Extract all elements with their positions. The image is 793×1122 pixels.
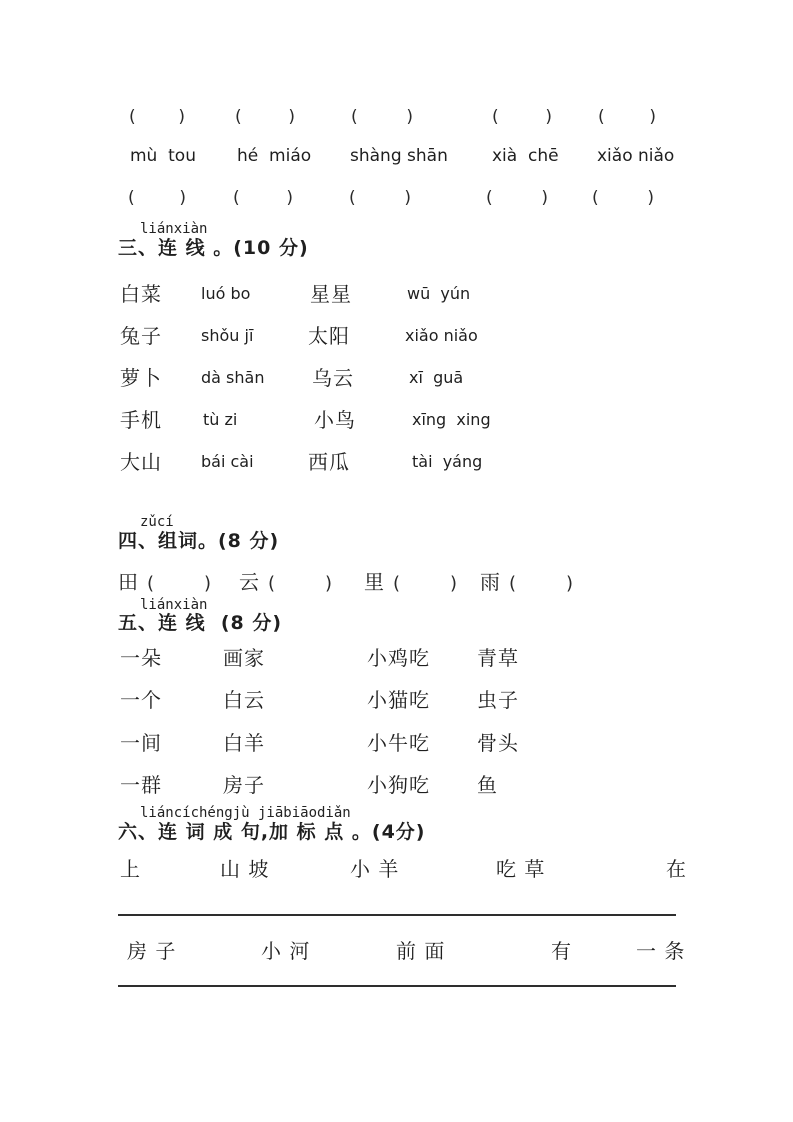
match-food: 青草: [477, 647, 519, 670]
open-paren: (: [486, 188, 493, 208]
close-paren: ): [325, 573, 332, 594]
match-pinyin: tài yáng: [412, 453, 482, 471]
match-noun: 画家: [223, 647, 265, 670]
close-paren: ): [288, 107, 295, 127]
section-title: 六、连 词 成 句,加 标 点 。(4分): [118, 822, 426, 844]
word-card: 有: [551, 940, 572, 963]
match-pinyin: xī guā: [409, 369, 463, 387]
match-pinyin: xiǎo niǎo: [405, 327, 478, 345]
word-card: 山 坡: [220, 858, 269, 881]
match-pinyin: dà shān: [201, 369, 264, 387]
word-blank-group: 田 (): [118, 566, 211, 595]
word-hanzi: 田: [118, 566, 139, 595]
match-measure-word: 一群: [120, 774, 162, 797]
word-blank-group: 云 (): [239, 566, 332, 595]
word-hanzi: 雨: [480, 566, 501, 595]
answer-parens: (): [351, 107, 413, 127]
close-paren: ): [566, 573, 573, 594]
match-measure-word: 一个: [120, 689, 162, 712]
section-ruby-pinyin: liáncíchéngjù jiābiāodiǎn: [140, 805, 351, 821]
open-paren: (: [268, 573, 275, 594]
word-hanzi: 里: [364, 566, 385, 595]
match-noun: 白羊: [223, 732, 265, 755]
open-paren: (: [492, 107, 499, 127]
word-card: 在: [666, 858, 687, 881]
open-paren: (: [598, 107, 605, 127]
match-hanzi: 星星: [310, 283, 352, 306]
pinyin-word: mù tou: [130, 147, 196, 167]
close-paren: ): [406, 107, 413, 127]
word-card: 房 子: [127, 940, 176, 963]
pinyin-word: hé miáo: [237, 147, 311, 167]
match-pinyin: tù zi: [203, 411, 237, 429]
pinyin-word: shàng shān: [350, 147, 448, 167]
match-measure-word: 一间: [120, 732, 162, 755]
match-hanzi: 小鸟: [314, 409, 356, 432]
answer-parens: (): [128, 188, 186, 208]
open-paren: (: [509, 573, 516, 594]
open-paren: (: [128, 188, 135, 208]
match-measure-word: 一朵: [120, 647, 162, 670]
open-paren: (: [147, 573, 154, 594]
section-ruby-pinyin: zǔcí: [140, 514, 174, 530]
match-hanzi: 大山: [120, 451, 162, 474]
answer-parens: (): [147, 573, 211, 594]
open-paren: (: [235, 107, 242, 127]
open-paren: (: [592, 188, 599, 208]
match-subject: 小牛吃: [367, 732, 430, 755]
match-pinyin: bái cài: [201, 453, 254, 471]
match-hanzi: 乌云: [312, 367, 354, 390]
match-noun: 房子: [223, 774, 265, 797]
answer-parens: (): [592, 188, 654, 208]
answer-parens: (): [129, 107, 185, 127]
word-card: 上: [120, 858, 141, 881]
match-noun: 白云: [223, 689, 265, 712]
word-card: 一 条: [636, 940, 685, 963]
answer-parens: (): [598, 107, 656, 127]
pinyin-word: xiǎo niǎo: [597, 147, 674, 167]
close-paren: ): [179, 188, 186, 208]
match-food: 骨头: [477, 732, 519, 755]
close-paren: ): [545, 107, 552, 127]
close-paren: ): [178, 107, 185, 127]
answer-parens: (): [235, 107, 295, 127]
match-subject: 小狗吃: [367, 774, 430, 797]
open-paren: (: [393, 573, 400, 594]
answer-parens: (): [509, 573, 573, 594]
word-card: 前 面: [396, 940, 445, 963]
section-title: 四、组词。(8 分): [118, 531, 279, 553]
close-paren: ): [404, 188, 411, 208]
word-card: 小 羊: [350, 858, 399, 881]
close-paren: ): [286, 188, 293, 208]
word-hanzi: 云: [239, 566, 260, 595]
match-hanzi: 太阳: [308, 325, 350, 348]
open-paren: (: [233, 188, 240, 208]
match-pinyin: shǒu jī: [201, 327, 253, 345]
close-paren: ): [647, 188, 654, 208]
section-title: 五、连 线 (8 分): [118, 613, 282, 635]
match-pinyin: luó bo: [201, 285, 250, 303]
section-title: 三、连 线 。(10 分): [118, 238, 309, 260]
answer-parens: (): [349, 188, 411, 208]
word-card: 吃 草: [496, 858, 545, 881]
close-paren: ): [450, 573, 457, 594]
match-subject: 小鸡吃: [367, 647, 430, 670]
match-hanzi: 西瓜: [308, 451, 350, 474]
match-pinyin: wū yún: [407, 285, 470, 303]
open-paren: (: [349, 188, 356, 208]
match-hanzi: 白菜: [120, 283, 162, 306]
close-paren: ): [204, 573, 211, 594]
answer-parens: (): [268, 573, 332, 594]
match-hanzi: 萝卜: [120, 367, 162, 390]
answer-parens: (): [492, 107, 552, 127]
match-hanzi: 兔子: [120, 325, 162, 348]
match-hanzi: 手机: [120, 409, 162, 432]
match-subject: 小猫吃: [367, 689, 430, 712]
open-paren: (: [351, 107, 358, 127]
open-paren: (: [129, 107, 136, 127]
word-card: 小 河: [261, 940, 310, 963]
answer-line: [118, 914, 676, 916]
match-pinyin: xīng xing: [412, 411, 491, 429]
pinyin-word: xià chē: [492, 147, 559, 167]
match-food: 虫子: [477, 689, 519, 712]
answer-line: [118, 985, 676, 987]
word-blank-group: 雨 (): [480, 566, 573, 595]
close-paren: ): [649, 107, 656, 127]
word-blank-group: 里 (): [364, 566, 457, 595]
section-ruby-pinyin: liánxiàn: [140, 597, 207, 613]
worksheet-page: () () () () () mù tou hé miáo shàng shān…: [0, 0, 793, 1122]
answer-parens: (): [233, 188, 293, 208]
answer-parens: (): [393, 573, 457, 594]
close-paren: ): [541, 188, 548, 208]
answer-parens: (): [486, 188, 548, 208]
match-food: 鱼: [477, 774, 498, 797]
section-ruby-pinyin: liánxiàn: [140, 221, 207, 237]
